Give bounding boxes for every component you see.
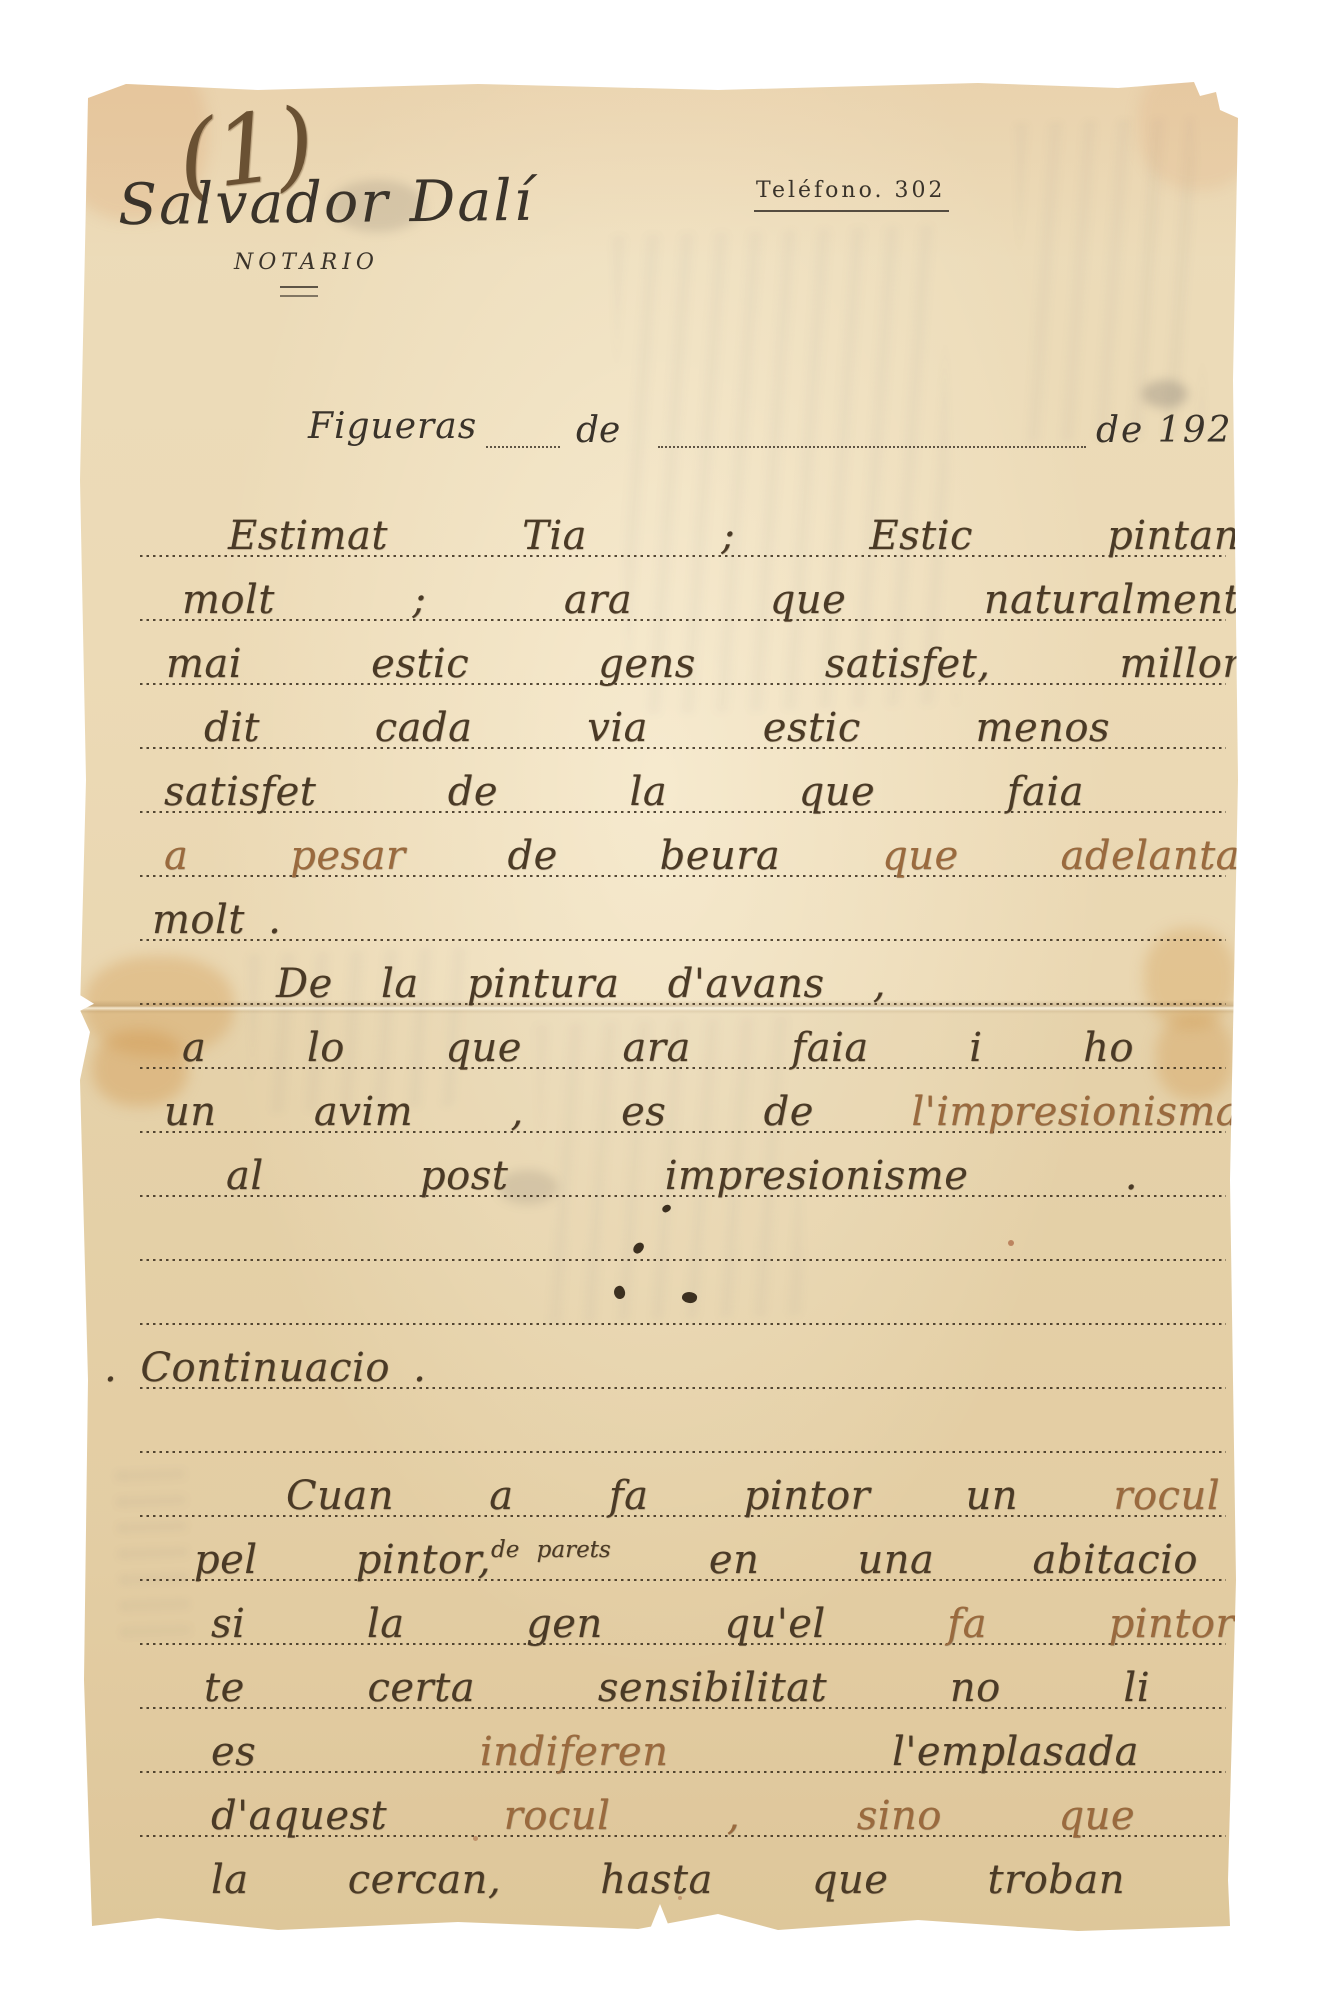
letter-line: si la gen qu'el fa pintor	[211, 1596, 1235, 1652]
letter-line: satisfet de la que faia	[164, 764, 1084, 820]
dateline-dotted-blank	[658, 446, 1086, 448]
letter-line-segment: d'aquest	[211, 1793, 504, 1839]
letter-line: a pesar de beura que adelanta	[164, 828, 1240, 884]
letter-line-segment: dit cada via estic menos	[204, 705, 1110, 751]
letter-line-segment: rocul , sino que	[504, 1793, 1135, 1839]
letterhead-name: Salvador Dalí	[118, 168, 534, 238]
letter-line: un avim , es de l'impresionisma	[164, 1084, 1240, 1140]
letter-line-segment: Cuan a fa pintor un	[286, 1473, 1113, 1519]
letter-line-segment: al post impresionisme .	[226, 1153, 1138, 1199]
letter-line: . Continuacio .	[104, 1340, 544, 1396]
ruled-line	[140, 1323, 1226, 1325]
letter-line: mai estic gens satisfet, millor	[166, 636, 1242, 692]
letter-line: es indiferen l'emplasada	[211, 1724, 1139, 1780]
letter-line-segment: indiferen	[480, 1729, 892, 1775]
dateline-de: de	[576, 410, 620, 451]
letter-line-segment: Estimat Tia ; Estic pintan	[228, 513, 1240, 559]
letter-line-segment: de parets	[491, 1539, 611, 1562]
letter-line-segment: que adelanta	[882, 833, 1240, 879]
dateline-city: Figueras	[308, 406, 477, 447]
letter-line-segment: si la gen qu'el	[211, 1601, 947, 1647]
letter-line: Estimat Tia ; Estic pintan	[228, 508, 1240, 564]
letter-line-segment: De la pintura d'avans ,	[276, 961, 886, 1007]
letter-line-segment: la cercan, hasta que troban	[211, 1857, 1125, 1903]
letterhead-role: NOTARIO	[234, 250, 379, 275]
letter-line-segment: en una abitacio	[611, 1537, 1198, 1583]
letter-line: la cercan, hasta que troban	[211, 1852, 1125, 1908]
letter-line-segment: . Continuacio .	[104, 1345, 426, 1391]
letter-line: al post impresionisme .	[226, 1148, 1138, 1204]
letter-line: molt .	[152, 892, 332, 948]
ink-freckle	[1008, 1240, 1014, 1246]
letter-line: De la pintura d'avans ,	[276, 956, 886, 1012]
letter-line-segment: pel pintor,	[194, 1537, 491, 1583]
letter-line-segment: molt ; ara que naturalment	[182, 577, 1240, 623]
letter-line-segment: te certa sensibilitat no li	[204, 1665, 1150, 1711]
letter-line: dit cada via estic menos	[204, 700, 1110, 756]
letter-line-segment: a pesar	[164, 833, 507, 879]
edge-stain	[1138, 60, 1258, 190]
letter-line-segment: es	[211, 1729, 480, 1775]
letter-line-segment: l'impresionisma	[911, 1089, 1240, 1135]
dateline-dotted-blank	[486, 446, 560, 448]
letterhead-phone: Teléfono. 302	[754, 178, 949, 212]
letter-line: molt ; ara que naturalment	[182, 572, 1240, 628]
ruled-line	[140, 1259, 1226, 1261]
letter-line-segment: l'emplasada	[892, 1729, 1139, 1775]
letter-line-segment: satisfet de la que faia	[164, 769, 1084, 815]
letter-line-segment: molt .	[152, 897, 281, 943]
letter-line-segment: rocul	[1113, 1473, 1220, 1519]
letter-sheet: (1) Salvador Dalí NOTARIO Teléfono. 302 …	[78, 80, 1240, 1933]
letter-line-segment: un avim , es de	[164, 1089, 911, 1135]
gray-smudge	[1142, 380, 1188, 408]
ruled-line	[140, 1451, 1226, 1453]
dateline-year: de 192	[1096, 410, 1233, 451]
letter-line: te certa sensibilitat no li	[204, 1660, 1150, 1716]
letter-line: a lo que ara faia i ho	[182, 1020, 1134, 1076]
photo-backdrop: (1) Salvador Dalí NOTARIO Teléfono. 302 …	[0, 0, 1338, 2000]
letter-line: Cuan a fa pintor un rocul	[286, 1468, 1220, 1524]
letter-line: d'aquest rocul , sino que	[211, 1788, 1135, 1844]
letter-line: pel pintor,de parets en una abitacio	[194, 1532, 1198, 1588]
letter-line-segment: mai estic gens satisfet, millor	[166, 641, 1242, 687]
letter-line-segment: a lo que ara faia i ho	[182, 1025, 1134, 1071]
letterhead-double-rule	[280, 286, 318, 297]
pencil-smudge	[115, 1469, 191, 1641]
letter-line-segment: de beura	[507, 833, 882, 879]
letter-line-segment: fa pintor	[947, 1601, 1235, 1647]
